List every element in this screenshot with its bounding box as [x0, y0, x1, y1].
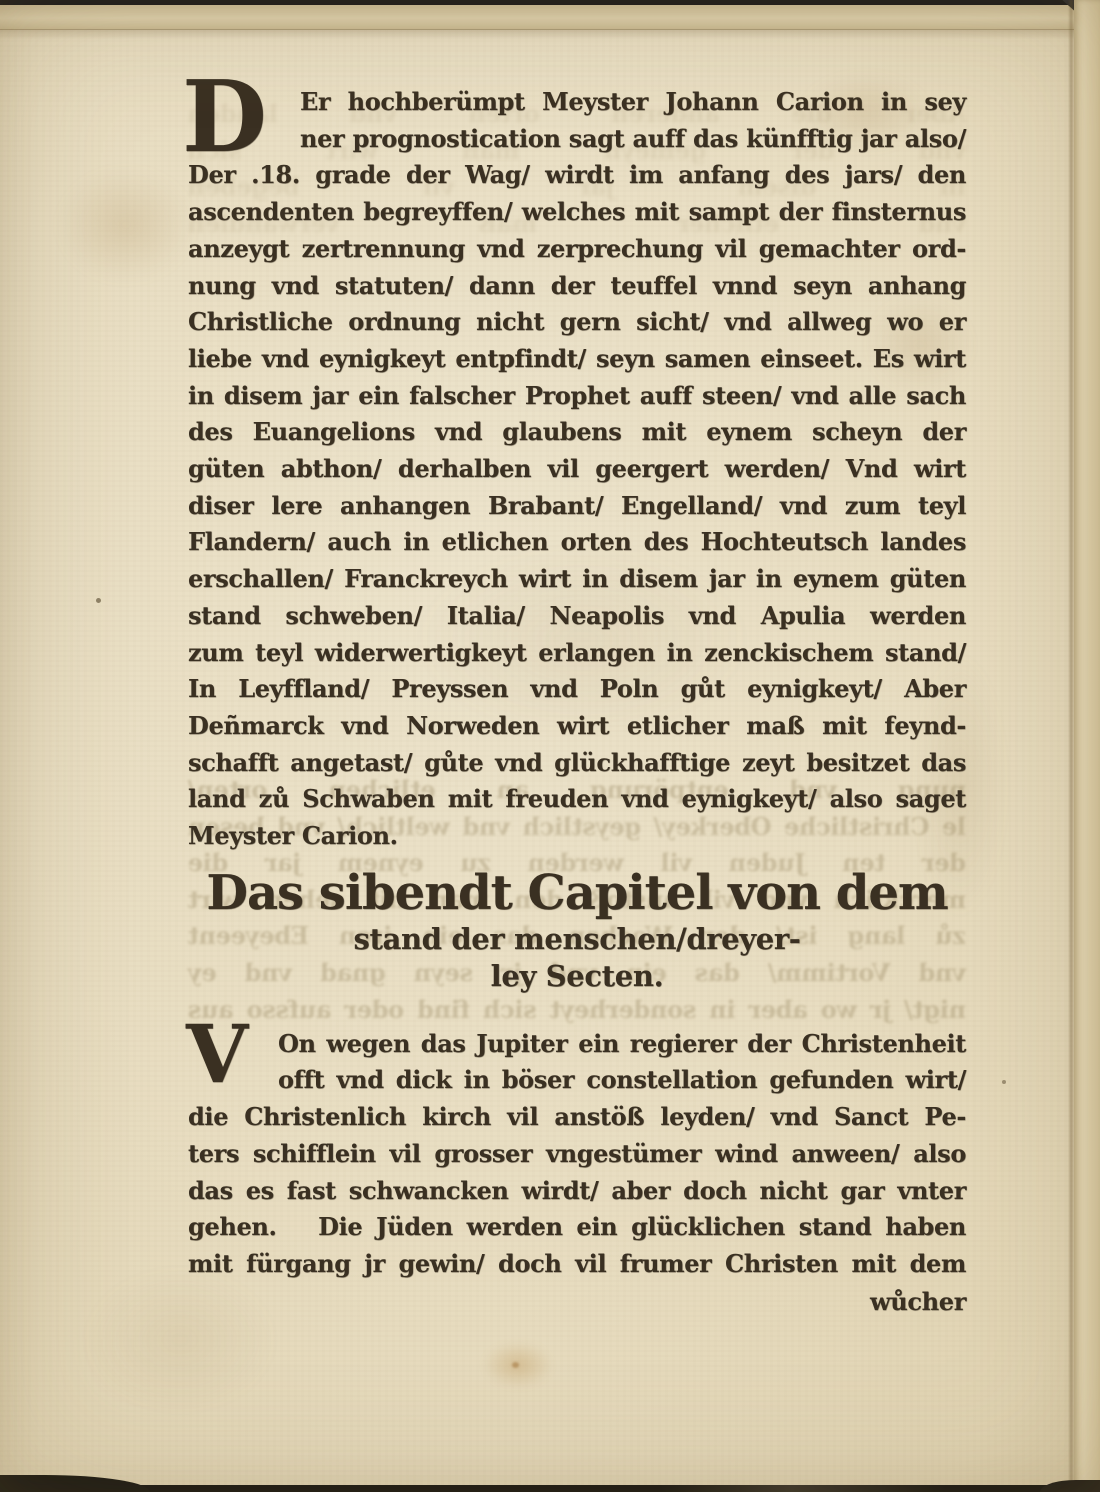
- catchword: wůcher: [188, 1284, 966, 1321]
- dark-corner-top-right: [1054, 0, 1100, 88]
- paragraph-carion-prognostication: D Er hochberümpt Meyster Johann Carion i…: [188, 84, 966, 855]
- binding-edge-bottom: [0, 1485, 1100, 1492]
- text-line: diser lere anhangen Brabant/ Engelland/ …: [188, 488, 966, 525]
- text-line: güten abthon/ derhalben vil geergert wer…: [188, 451, 966, 488]
- ink-speck: [1002, 1080, 1006, 1084]
- text-line: gehen. Die Jüden werden ein glücklichen …: [188, 1209, 966, 1246]
- text-line: On wegen das Jupiter ein regierer der Ch…: [278, 1026, 966, 1063]
- paragraph-jupiter-christenheit: V On wegen das Jupiter ein regierer der …: [188, 1026, 966, 1283]
- text-line: Er hochberümpt Meyster Johann Carion in …: [300, 84, 966, 121]
- text-block: D Er hochberümpt Meyster Johann Carion i…: [188, 84, 966, 1320]
- paragraph-lines: Er hochberümpt Meyster Johann Carion in …: [188, 84, 966, 855]
- text-line: In Leyffland/ Preyssen vnd Poln gůt eyni…: [188, 671, 966, 708]
- paper-stain: [468, 1332, 568, 1398]
- drop-cap-initial-d: D: [182, 78, 267, 158]
- text-line: land zů Schwaben mit freuden vnd eynigke…: [188, 781, 966, 818]
- chapter-heading-line1: Das sibendt Capitel von dem: [188, 865, 966, 921]
- text-line: Deñmarck vnd Norweden wirt etlicher maß …: [188, 708, 966, 745]
- chapter-heading: Das sibendt Capitel von dem stand der me…: [188, 865, 966, 996]
- text-line: Christliche ordnung nicht gern sicht/ vn…: [188, 304, 966, 341]
- text-line: anzeygt zertrennung vnd zerprechung vil …: [188, 231, 966, 268]
- binding-edge-top: [0, 0, 1100, 5]
- foxing-spot: [512, 1362, 519, 1368]
- dark-corner-bottom-right: [1040, 1480, 1100, 1492]
- page-top-edge-band: [0, 5, 1100, 30]
- page-fore-edge-crease: [1068, 0, 1074, 1492]
- text-line: ascendenten begreyffen/ welches mit samp…: [188, 194, 966, 231]
- text-line: das es fast schwancken wirdt/ aber doch …: [188, 1173, 966, 1210]
- dark-corner-bottom-left: [0, 1475, 150, 1492]
- text-line: Flandern/ auch in etlichen orten des Hoc…: [188, 524, 966, 561]
- text-line: nung vnd statuten/ dann der teuffel vnnd…: [188, 268, 966, 305]
- text-line: stand schweben/ Italia/ Neapolis vnd Apu…: [188, 598, 966, 635]
- page-top-edge-shadow: [0, 30, 1100, 40]
- paragraph-lines: On wegen das Jupiter ein regierer der Ch…: [188, 1026, 966, 1283]
- text-line: des Euangelions vnd glaubens mit eynem s…: [188, 414, 966, 451]
- ink-speck: [96, 598, 101, 603]
- underlying-page-edge: [1074, 0, 1100, 1492]
- text-line: erschallen/ Franckreych wirt in disem ja…: [188, 561, 966, 598]
- text-line: in disem jar ein falscher Prophet auff s…: [188, 378, 966, 415]
- text-line: liebe vnd eynigkeyt entpfindt/ seyn same…: [188, 341, 966, 378]
- text-line: die Christenlich kirch vil anstöß leyden…: [188, 1099, 966, 1136]
- text-line: Der .18. grade der Wag/ wirdt im anfang …: [188, 157, 966, 194]
- text-line: ters schifflein vil grosser vngestümer w…: [188, 1136, 966, 1173]
- text-line: offt vnd dick in böser constellation gef…: [278, 1062, 966, 1099]
- text-line: ner prognostication sagt auff das künfft…: [300, 121, 966, 158]
- chapter-heading-line3: ley Secten.: [188, 958, 966, 996]
- text-line: zum teyl widerwertigkeyt erlangen in zen…: [188, 635, 966, 672]
- text-line: Meyster Carion.: [188, 818, 966, 855]
- text-line: schafft angetast/ gůte vnd glückhafftige…: [188, 745, 966, 782]
- text-line: mit fürgang jr gewin/ doch vil frumer Ch…: [188, 1246, 966, 1283]
- drop-cap-initial-v: V: [186, 1022, 248, 1088]
- chapter-heading-line2: stand der menschen/dreyer-: [188, 921, 966, 959]
